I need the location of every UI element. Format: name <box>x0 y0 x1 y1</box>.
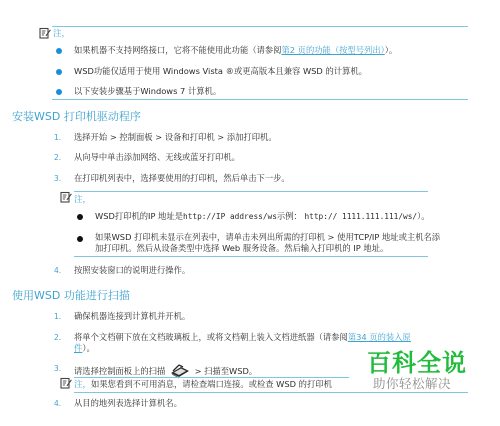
note-top-rule <box>52 26 468 27</box>
section-heading-install-wsd: 安装WSD 打印机驱动程序 <box>12 110 141 124</box>
step-text: 从向导中单击添加网络、无线或蓝牙打印机。 <box>74 152 240 163</box>
note-bullet-2: WSD功能仅适用于使用 Windows Vista ®或更高版本且兼容 WSD … <box>74 66 367 77</box>
step-text: 选择开始 > 控制面板 > 设备和打印机 > 添加打印机。 <box>74 132 277 143</box>
bullet-dot-icon <box>77 236 83 242</box>
step-number: 2. <box>54 333 61 342</box>
note-bullet-printer-not-listed: 如果WSD 打印机未显示在列表中，请单击未列出所需的打印机 > 使用TCP/IP… <box>95 232 440 254</box>
scan-note: 注，如果您看到不可用消息，请检查端口连接。或检查 WSD 的打印机 <box>74 379 332 391</box>
step-number: 1. <box>54 133 61 142</box>
bullet-dot-icon <box>77 214 83 220</box>
step-number: 4. <box>54 399 61 408</box>
step-number: 4. <box>54 266 61 275</box>
bullet-dot-icon <box>56 69 62 75</box>
note-label: 注， <box>74 193 91 205</box>
note-bottom-rule <box>74 392 468 393</box>
bullet-dot-icon <box>56 48 62 54</box>
note-bullet-3: 以下安装步骤基于Windows 7 计算机。 <box>74 86 221 97</box>
step-number: 3. <box>54 364 61 373</box>
step-text: 在打印机列表中，选择要使用的打印机，然后单击下一步。 <box>74 173 290 184</box>
step-text: 按照安装窗口的说明进行操作。 <box>74 265 190 276</box>
watermark-subtitle: 助你轻松解决 <box>373 377 451 391</box>
note-icon <box>60 377 72 389</box>
note-bullet-ip-address: WSD打印机的IP 地址是http://IP address/ws示例： htt… <box>95 211 430 222</box>
section-heading-wsd-scan: 使用WSD 功能进行扫描 <box>12 289 130 303</box>
note-bottom-rule <box>52 99 468 100</box>
step-number: 1. <box>54 312 61 321</box>
note-top-rule <box>74 377 349 378</box>
step-number: 3. <box>54 174 61 183</box>
step-text: 确保机器连接到计算机并开机。 <box>74 311 190 322</box>
note-bottom-rule <box>74 256 428 257</box>
watermark-title: 百科全说 <box>367 350 467 376</box>
note-bullet-1: 如果机器不支持网络接口，它将不能使用此功能（请参阅第2 页的功能（按型号列出））… <box>74 45 397 56</box>
bullet-dot-icon <box>56 89 62 95</box>
note-top-rule <box>74 191 428 192</box>
features-by-model-link[interactable]: 第2 页的功能（按型号列出） <box>281 45 384 55</box>
loading-originals-link[interactable]: 第34 页的装入原 <box>348 332 411 342</box>
step-number: 2. <box>54 153 61 162</box>
step-text: 从目的地列表选择计算机名。 <box>74 398 182 409</box>
note-icon <box>60 191 72 203</box>
step-text: 将单个文档朝下放在文档玻璃板上，或将文档朝上装入文档进纸器（请参阅第34 页的装… <box>74 332 411 354</box>
note-icon <box>39 27 51 39</box>
note-label: 注， <box>53 27 70 39</box>
note-label: 注， <box>74 380 91 390</box>
